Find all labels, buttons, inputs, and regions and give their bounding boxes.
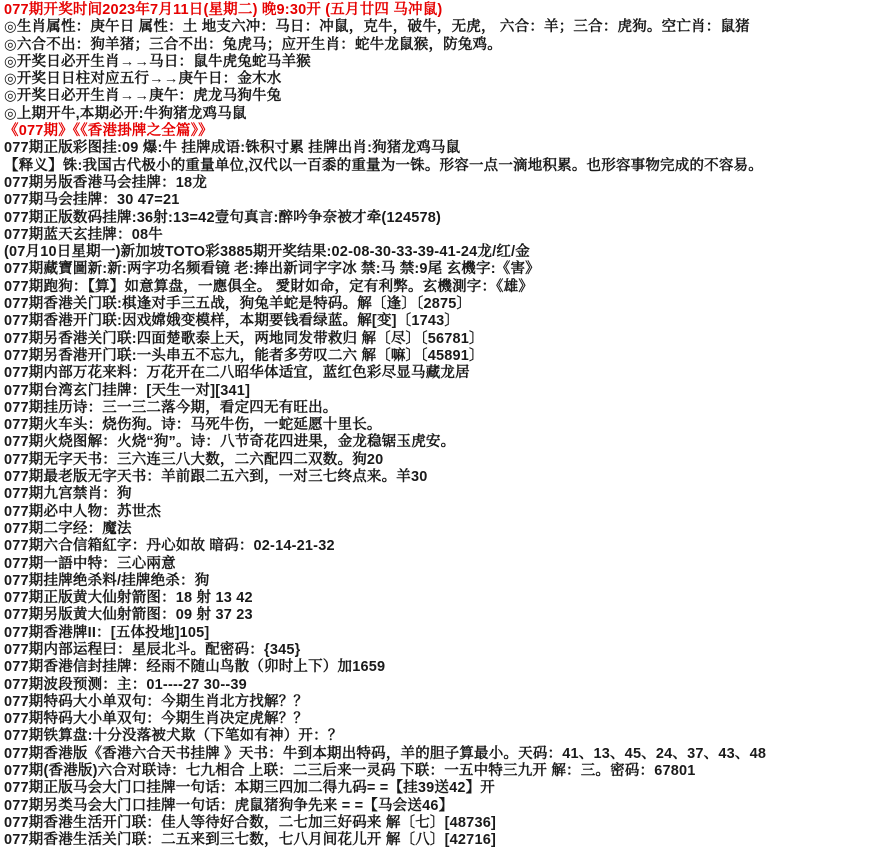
internal-wanhua-line: 077期内部万花来料：万花开在二八昭华体适宜，蓝红色彩尽显马藏龙居 [4,365,891,382]
alt-gate-board-phrase-line: 077期另类马会大门口挂牌一句话：虎鼠猪狗争先来 = =【马会送46】 [4,798,891,815]
must-hit-person-line: 077期必中人物：苏世杰 [4,504,891,521]
jockey-club-board-line: 077期马会挂牌：30 47=21 [4,192,891,209]
treasure-map-line: 077期藏寶圖新:新:两字功名频看镜 老:捧出新词字字冰 禁:马 禁:9尾 玄機… [4,261,891,278]
iron-abacus-line: 077期铁算盘:十分没落被犬欺（下笔如有神）开：？ [4,728,891,745]
wordless-book-line: 077期无字天书：三六连三八大数，二六配四二双数。狗20 [4,452,891,469]
alt-hk-jockey-club-line: 077期另版香港马会挂牌：18龙 [4,175,891,192]
heaven-book-line: 077期香港版《香港六合天书挂牌 》天书：牛到本期出特码，羊的胆子算最小。天码：… [4,746,891,763]
blue-sky-board-line: 077期蓝天玄挂牌：08牛 [4,227,891,244]
digital-board-line: 077期正版数码挂牌:36射:13=42壹句真言:醉吟争奈被才牵(124578) [4,210,891,227]
official-color-chart-line: 077期正版彩图挂:09 爆:牛 挂牌成语:铢积寸累 挂牌出肖:狗猪龙鸡马鼠 [4,140,891,157]
draw-time-header: 077期开奖时间2023年7月11日(星期二) 晚9:30开 (五月廿四 马冲鼠… [4,2,891,19]
internal-fortune-line: 077期内部运程曰：星辰北斗。配密码：{345} [4,642,891,659]
hk-envelope-board-line: 077期香港信封挂牌：经雨不随山鸟散（卯时上下）加1659 [4,659,891,676]
special-code-phrase-line-1: 077期特码大小单双句：今期生肖北方找解？？ [4,694,891,711]
one-phrase-special-line: 077期一語中特：三心兩意 [4,556,891,573]
liuhe-exclusion-line: ◎六合不出：狗羊猪；三合不出：兔虎马；应开生肖：蛇牛龙鼠猴，防兔鸡。 [4,37,891,54]
two-word-scripture-line: 077期二字经：魔法 [4,521,891,538]
nine-palace-ban-line: 077期九宫禁肖：狗 [4,486,891,503]
life-opening-couplet-line: 077期香港生活开门联：佳人等待好合数，二七加三好码来 解〔七〕[48736] [4,815,891,832]
idiom-explanation-line: 【释义】铢:我国古代极小的重量单位,汉代以一百黍的重量为一铢。形容一点一滴地积累… [4,158,891,175]
life-closing-couplet-line: 077期香港生活关门联：二五来到三七数，七八月间花儿开 解〔八〕[42716] [4,832,891,849]
calendar-poem-line: 077期挂历诗：三一三二落今期，看定四无有旺出。 [4,400,891,417]
alt-wong-tai-sin-arrow-line: 077期另版黄大仙射箭图：09 射 37 23 [4,607,891,624]
mailbox-red-word-line: 077期六合信箱紅字：丹心如故 暗码：02-14-21-32 [4,538,891,555]
alt-hk-closing-couplet-line: 077期另香港关门联:四面楚歌泰上天，两地同发带救归 解〔尽〕〔56781〕 [4,331,891,348]
train-head-line: 077期火车头：烧伤狗。诗：马死牛伤，一蛇延愿十里长。 [4,417,891,434]
lottery-tips-page: 077期开奖时间2023年7月11日(星期二) 晚9:30开 (五月廿四 马冲鼠… [0,0,891,849]
hk-board-ii-line: 077期香港牌II：[五体投地]105] [4,625,891,642]
wave-prediction-line: 077期波段预测：主：01----27 30--39 [4,677,891,694]
singapore-toto-line: (07月10日星期一)新加坡TOTO彩3885期开奖结果:02-08-30-33… [4,244,891,261]
couplet-poem-line: 077期(香港版)六合对联诗：七九相合 上联：二三后来一灵码 下联：一五中特三九… [4,763,891,780]
special-code-phrase-line-2: 077期特码大小单双句：今期生肖决定虎解？？ [4,711,891,728]
must-open-zodiac-line-1: ◎开奖日必开生肖→→马日：鼠牛虎兔蛇马羊猴 [4,54,891,71]
alt-hk-opening-couplet-line: 077期另香港开门联:一头串五不忘九，能者多劳叹二六 解〔嘛〕〔45891〕 [4,348,891,365]
board-kill-line: 077期挂牌绝杀料/挂牌绝杀：狗 [4,573,891,590]
hk-opening-couplet-line: 077期香港开门联:因戏嫦娥变模样，本期要钱看绿蓝。解[变]〔1743〕 [4,313,891,330]
zodiac-attributes-line: ◎生肖属性：庚午日 属性：土 地支六冲：马日：冲鼠，克牛，破牛，无虎， 六合：羊… [4,19,891,36]
gate-board-phrase-line: 077期正版马会大门口挂牌一句话：本期三四加二得九码= =【挂39送42】开 [4,780,891,797]
running-dog-line: 077期跑狗：【算】如意算盘，一應俱全。 愛財如命，定有利弊。玄機測字：《雄》 [4,279,891,296]
five-elements-line: ◎开奖日日柱对应五行→→庚午日：金木水 [4,71,891,88]
last-period-line: ◎上期开牛,本期必开:牛狗猪龙鸡马鼠 [4,106,891,123]
taiwan-xuanmen-line: 077期台湾玄门挂牌：[天生一对][341] [4,383,891,400]
section-header: 《077期》《《香港掛牌之全篇》》 [4,123,891,140]
hk-closing-couplet-line: 077期香港关门联:棋逢对手三五战，狗兔羊蛇是特码。解〔逢〕〔2875〕 [4,296,891,313]
document-lines: 077期开奖时间2023年7月11日(星期二) 晚9:30开 (五月廿四 马冲鼠… [0,0,891,849]
oldest-wordless-book-line: 077期最老版无字天书：羊前跟二五六到，一对三七终点来。羊30 [4,469,891,486]
wong-tai-sin-arrow-line: 077期正版黄大仙射箭图：18 射 13 42 [4,590,891,607]
fire-chart-line: 077期火烧图解：火烧“狗”。诗：八节奇花四进果，金龙稳锯玉虎安。 [4,434,891,451]
must-open-zodiac-line-2: ◎开奖日必开生肖→→庚午：虎龙马狗牛兔 [4,88,891,105]
